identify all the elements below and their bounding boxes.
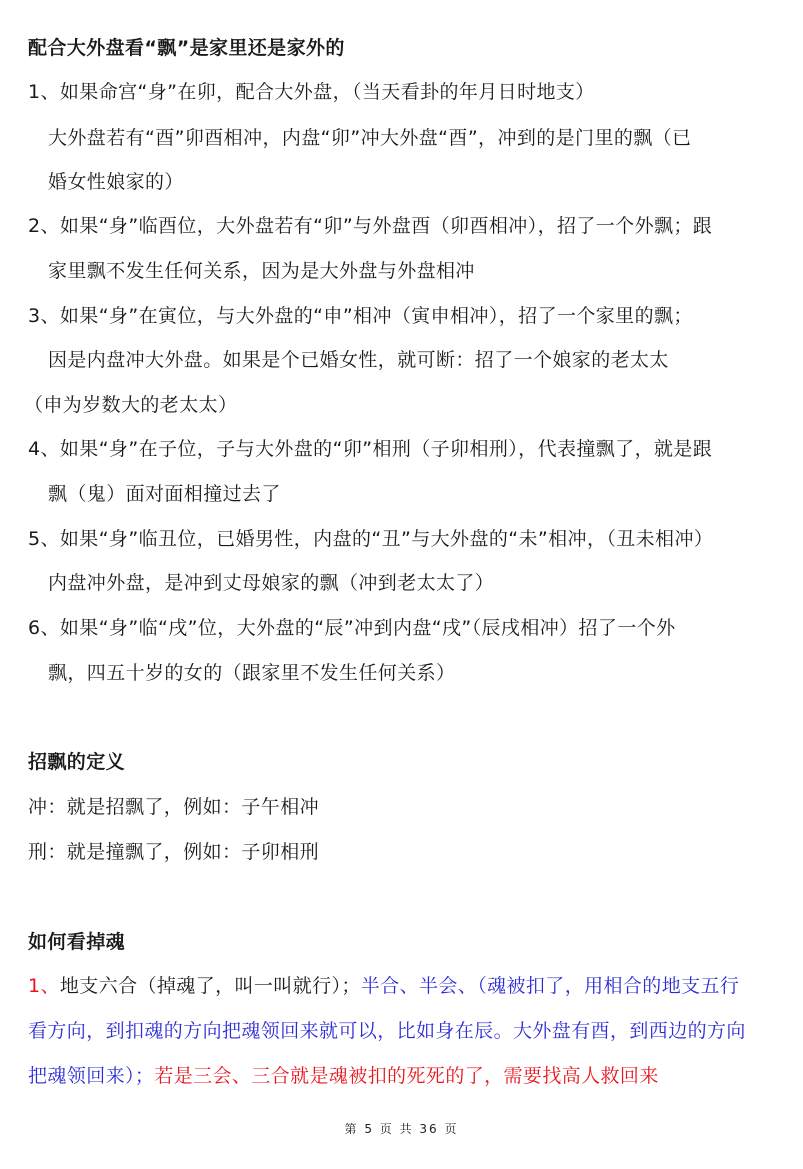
- text-red: 若是三会、三合就是魂被扣的死死的了，需要找高人救回来: [154, 1065, 658, 1087]
- paragraph-line: 婚女性娘家的）: [48, 170, 184, 194]
- paragraph-line: 家里飘不发生任何关系，因为是大外盘与外盘相冲: [48, 259, 475, 283]
- paragraph-line: 内盘冲外盘，是冲到丈母娘家的飘（冲到老太太了）: [48, 571, 494, 595]
- paragraph-line: 冲：就是招飘了，例如：子午相冲: [28, 795, 319, 819]
- paragraph-line: 1、地支六合（掉魂了，叫一叫就行）；半合、半会、（魂被扣了，用相合的地支五行: [28, 974, 739, 998]
- paragraph-line: 1、如果命宫“身”在卯，配合大外盘，（当天看卦的年月日时地支）: [28, 80, 595, 104]
- paragraph-line: 飘，四五十岁的女的（跟家里不发生任何关系）: [48, 661, 455, 685]
- page-number: 第 5 页 共 36 页: [0, 1120, 803, 1137]
- paragraph-line: （申为岁数大的老太太）: [24, 393, 237, 417]
- paragraph-line: 大外盘若有“酉”卯酉相冲，内盘“卯”冲大外盘“酉”，冲到的是门里的飘（已: [48, 126, 691, 150]
- paragraph-line: 飘（鬼）面对面相撞过去了: [48, 482, 281, 506]
- text-black: 地支六合（掉魂了，叫一叫就行）；: [60, 975, 361, 997]
- paragraph-line: 4、如果“身”在子位，子与大外盘的“卯”相刑（子卯相刑），代表撞飘了，就是跟: [28, 437, 712, 461]
- paragraph-line: 刑：就是撞飘了，例如：子卯相刑: [28, 840, 319, 864]
- paragraph-line: 2、如果“身”临酉位，大外盘若有“卯”与外盘酉（卯酉相冲），招了一个外飘；跟: [28, 214, 712, 238]
- section-title: 配合大外盘看“飘”是家里还是家外的: [28, 36, 345, 60]
- paragraph-line: 6、如果“身”临“戌”位，大外盘的“辰”冲到内盘“戌”（辰戌相冲）招了一个外: [28, 616, 676, 640]
- paragraph-line: 看方向，到扣魂的方向把魂领回来就可以，比如身在辰。大外盘有酉，到西边的方向: [28, 1019, 746, 1043]
- section-title: 招飘的定义: [28, 750, 125, 774]
- text-blue: 半合、半会、（魂被扣了，用相合的地支五行: [361, 975, 740, 997]
- paragraph-line: 因是内盘冲大外盘。如果是个已婚女性，就可断：招了一个娘家的老太太: [48, 348, 669, 372]
- section-title: 如何看掉魂: [28, 930, 125, 954]
- paragraph-line: 把魂领回来）；若是三会、三合就是魂被扣的死死的了，需要找高人救回来: [28, 1064, 659, 1088]
- paragraph-line: 3、如果“身”在寅位，与大外盘的“申”相冲（寅申相冲），招了一个家里的飘；: [28, 304, 693, 328]
- text-blue: 把魂领回来）；: [28, 1065, 154, 1087]
- paragraph-line: 5、如果“身”临丑位，已婚男性，内盘的“丑”与大外盘的“未”相冲，（丑未相冲）: [28, 527, 713, 551]
- item-number: 1、: [28, 975, 60, 997]
